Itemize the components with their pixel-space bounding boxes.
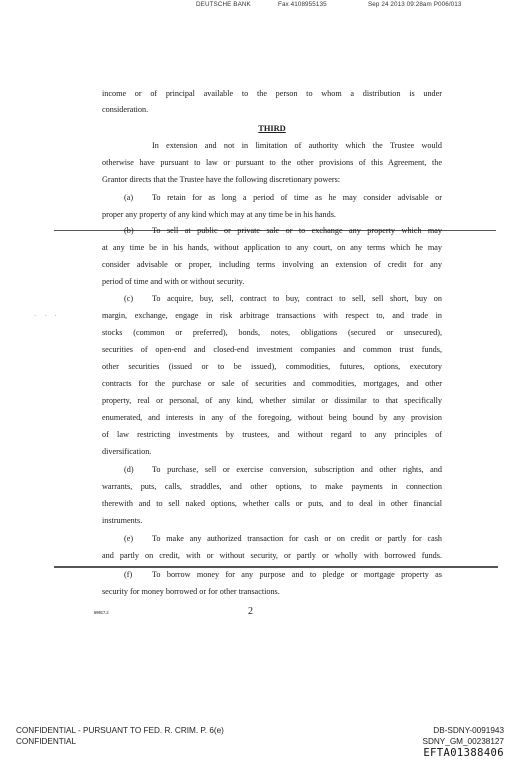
page-number: 2: [248, 606, 253, 617]
power-label: (b): [124, 226, 134, 236]
text-line: security for money borrowed or for other…: [102, 587, 442, 597]
text-line: consider advisable or proper, including …: [102, 260, 442, 270]
text-line: In extension and not in limitation of au…: [152, 141, 442, 151]
text-line: proper any property of any kind which ma…: [102, 210, 442, 220]
bates-number-2: SDNY_GM_00238127: [423, 736, 504, 747]
text-line: stocks (common or preferred), bonds, not…: [102, 328, 442, 338]
text-line: period of time and with or without secur…: [102, 277, 442, 287]
text-line: property, real or personal, of any kind,…: [102, 396, 442, 406]
confidentiality-notice: CONFIDENTIAL - PURSUANT TO FED. R. CRIM.…: [16, 725, 224, 747]
confidential-line-2: CONFIDENTIAL: [16, 736, 224, 747]
document-id: 69817.2: [94, 610, 109, 615]
text-line: securities of open-end and closed-end in…: [102, 345, 442, 355]
text-line: To purchase, sell or exercise conversion…: [152, 465, 442, 475]
text-line: other securities (issued or to be issued…: [102, 362, 442, 372]
text-line: diversification.: [102, 447, 442, 457]
text-line: To borrow money for any purpose and to p…: [152, 570, 442, 580]
text-line: To acquire, buy, sell, contract to buy, …: [152, 294, 442, 304]
power-label: (e): [124, 534, 133, 544]
section-heading: THIRD: [102, 124, 442, 133]
text-line: income or of principal available to the …: [102, 89, 442, 99]
text-line: and partly on credit, with or without se…: [102, 551, 442, 561]
text-line: instruments.: [102, 516, 442, 526]
power-label: (f): [124, 570, 132, 580]
text-line: enumerated, and interests in any of the …: [102, 413, 442, 423]
power-label: (a): [124, 193, 133, 203]
text-line: To sell at public or private sale or to …: [152, 226, 442, 236]
fax-line-artifact: [54, 566, 498, 568]
text-line: contracts for the purchase or sale of se…: [102, 379, 442, 389]
text-line: To make any authorized transaction for c…: [152, 534, 442, 544]
text-line: To retain for as long a period of time a…: [152, 193, 442, 203]
text-line: Grantor directs that the Trustee have th…: [102, 175, 442, 185]
document-page: income or of principal available to the …: [0, 0, 512, 700]
power-label: (c): [124, 294, 133, 304]
power-label: (d): [124, 465, 134, 475]
text-line: of law restricting investments by truste…: [102, 430, 442, 440]
text-line: warrants, puts, calls, straddles, and ot…: [102, 482, 442, 492]
efta-number: EFTA01388406: [423, 747, 504, 760]
bates-number-1: DB-SDNY-0091943: [423, 725, 504, 736]
confidential-line-1: CONFIDENTIAL - PURSUANT TO FED. R. CRIM.…: [16, 725, 224, 736]
bates-stamps: DB-SDNY-0091943 SDNY_GM_00238127 EFTA013…: [423, 725, 504, 760]
text-line: otherwise have pursuant to law or pursua…: [102, 158, 442, 168]
text-line: at any time be in his hands, without app…: [102, 243, 442, 253]
text-line: therewith and to sell naked options, whe…: [102, 499, 442, 509]
scan-speckle: · · ·: [34, 312, 60, 320]
text-line: consideration.: [102, 105, 442, 115]
text-line: margin, exchange, engage in risk arbitra…: [102, 311, 442, 321]
